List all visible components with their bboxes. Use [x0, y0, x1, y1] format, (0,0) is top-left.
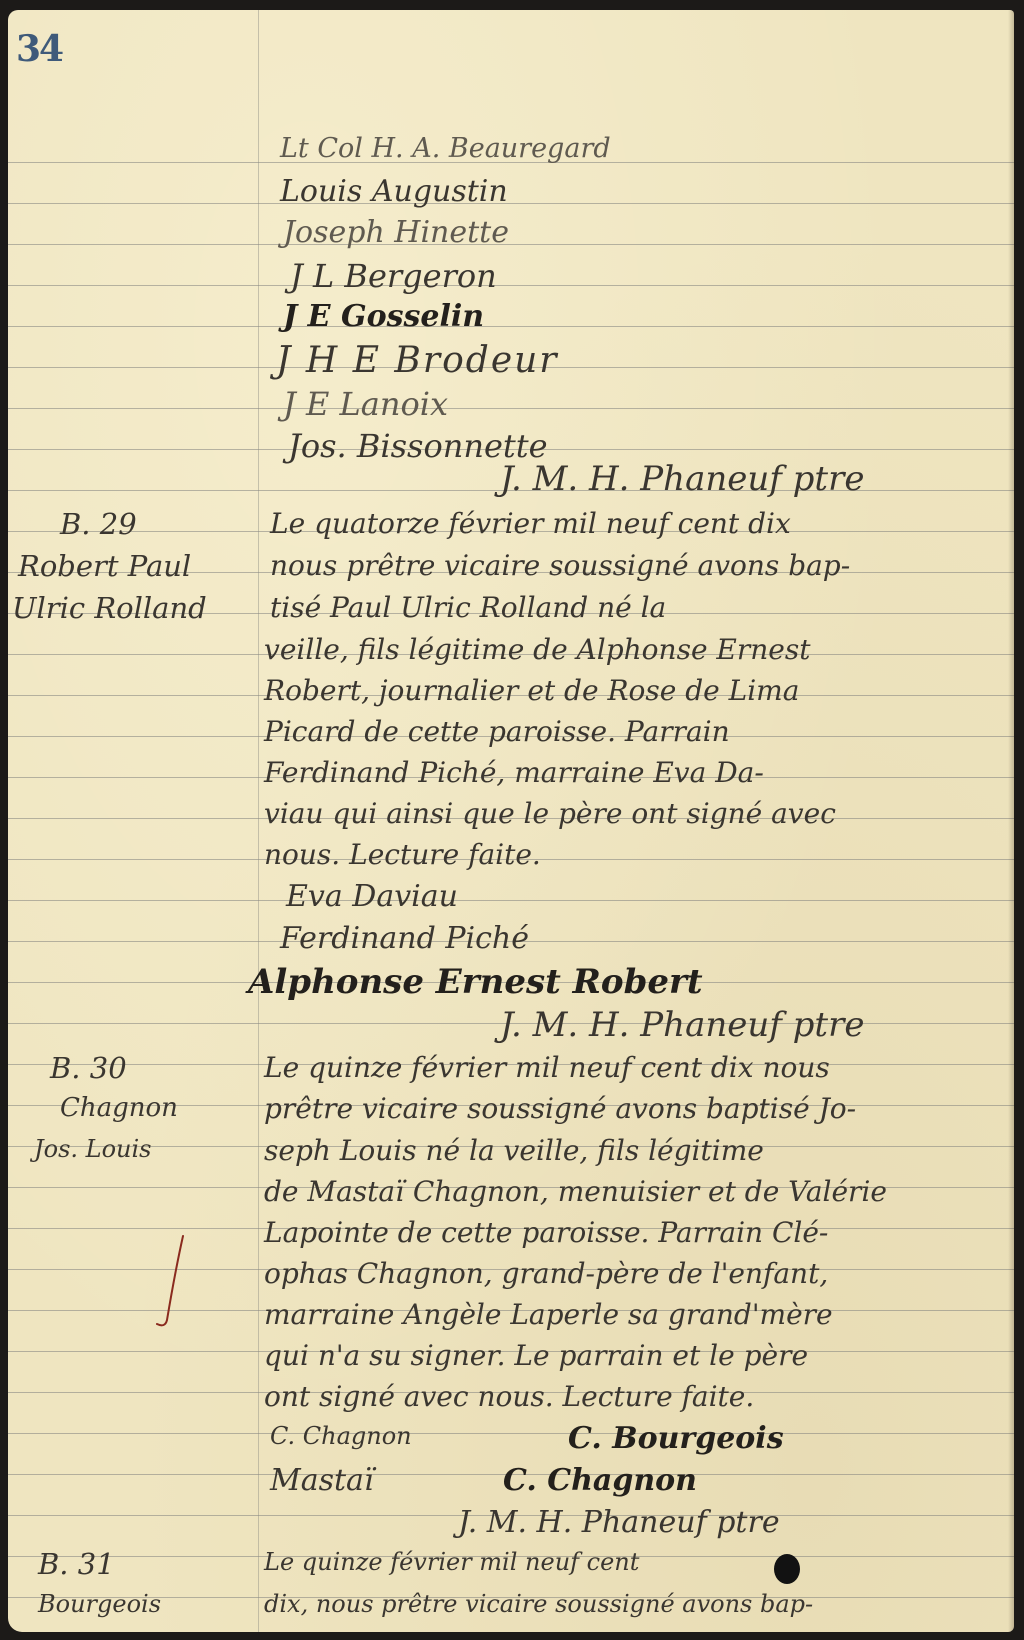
signature-line: Louis Augustin: [280, 177, 508, 207]
record-number: B. 29: [60, 510, 137, 539]
entry-text-line: dix, nous prêtre vicaire soussigné avons…: [264, 1592, 813, 1616]
witness-signature: C. Chagnon: [503, 1466, 697, 1496]
entry-text-line: ophas Chagnon, grand-père de l'enfant,: [264, 1260, 828, 1288]
signature-line: J E Lanoix: [283, 388, 448, 420]
entry-text-line: Le quinze février mil neuf cent: [264, 1550, 639, 1574]
signature-line: J L Bergeron: [290, 260, 497, 292]
margin-surname: Chagnon: [60, 1095, 178, 1121]
entry-text-line: Ferdinand Piché, marraine Eva Da-: [264, 759, 764, 787]
signature-line: J E Gosselin: [283, 302, 484, 332]
rule-line: [8, 285, 1014, 286]
priest-signature: J. M. H. Phaneuf ptre: [500, 1008, 864, 1042]
margin-surname: Robert Paul: [18, 552, 191, 581]
entry-text-line: Le quinze février mil neuf cent dix nous: [264, 1054, 830, 1082]
father-signature: Mastaï: [270, 1466, 374, 1496]
entry-text-line: prêtre vicaire soussigné avons baptisé J…: [264, 1095, 856, 1123]
signature-line: J H E Brodeur: [276, 343, 559, 379]
record-number: B. 31: [38, 1550, 115, 1579]
priest-signature: J. M. H. Phaneuf ptre: [500, 462, 864, 496]
godfather-signature: C. Chagnon: [270, 1424, 412, 1448]
godfather-signature: Ferdinand Piché: [280, 924, 529, 954]
torn-page-edge: [1008, 10, 1014, 1632]
entry-text-line: ont signé avec nous. Lecture faite.: [264, 1383, 754, 1411]
entry-text-line: nous prêtre vicaire soussigné avons bap-: [270, 552, 850, 580]
rule-line: [8, 244, 1014, 245]
entry-text-line: veille, fils légitime de Alphonse Ernest: [264, 636, 810, 664]
register-page: 34 Lt Col H. A. Beauregard Louis Augusti…: [8, 10, 1014, 1632]
entry-text-line: de Mastaï Chagnon, menuisier et de Valér…: [264, 1178, 887, 1206]
entry-text-line: Lapointe de cette paroisse. Parrain Clé-: [264, 1219, 828, 1247]
entry-text-line: Picard de cette paroisse. Parrain: [264, 718, 730, 746]
margin-given-names: Jos. Louis: [34, 1137, 151, 1161]
entry-text-line: Robert, journalier et de Rose de Lima: [264, 677, 799, 705]
rule-line: [8, 900, 1014, 901]
godmother-signature: Eva Daviau: [286, 882, 458, 912]
entry-text-line: tisé Paul Ulric Rolland né la: [270, 594, 666, 622]
rule-line: [8, 326, 1014, 327]
signature-line: Jos. Bissonnette: [288, 430, 548, 462]
red-check-mark-icon: [153, 1232, 193, 1332]
entry-text-line: viau qui ainsi que le père ont signé ave…: [264, 800, 836, 828]
signature-line: Joseph Hinette: [283, 218, 509, 248]
paper-hole: [774, 1554, 800, 1584]
father-signature: Alphonse Ernest Robert: [248, 965, 703, 999]
margin-surname: Bourgeois: [38, 1592, 161, 1616]
signature-line: Lt Col H. A. Beauregard: [280, 135, 611, 162]
rule-line: [8, 203, 1014, 204]
page-number: 34: [16, 28, 62, 70]
entry-text-line: marraine Angèle Laperle sa grand'mère: [264, 1301, 833, 1329]
entry-text-line: Le quatorze février mil neuf cent dix: [270, 510, 791, 538]
record-number: B. 30: [50, 1054, 127, 1083]
entry-text-line: seph Louis né la veille, fils légitime: [264, 1137, 764, 1165]
margin-given-names: Ulric Rolland: [12, 594, 207, 623]
rule-line: [8, 1433, 1014, 1434]
priest-signature: J. M. H. Phaneuf ptre: [458, 1508, 780, 1538]
rule-line: [8, 408, 1014, 409]
margin-line: [258, 10, 259, 1632]
witness-signature: C. Bourgeois: [568, 1424, 784, 1454]
entry-text-line: qui n'a su signer. Le parrain et le père: [264, 1342, 808, 1370]
entry-text-line: nous. Lecture faite.: [264, 841, 541, 869]
